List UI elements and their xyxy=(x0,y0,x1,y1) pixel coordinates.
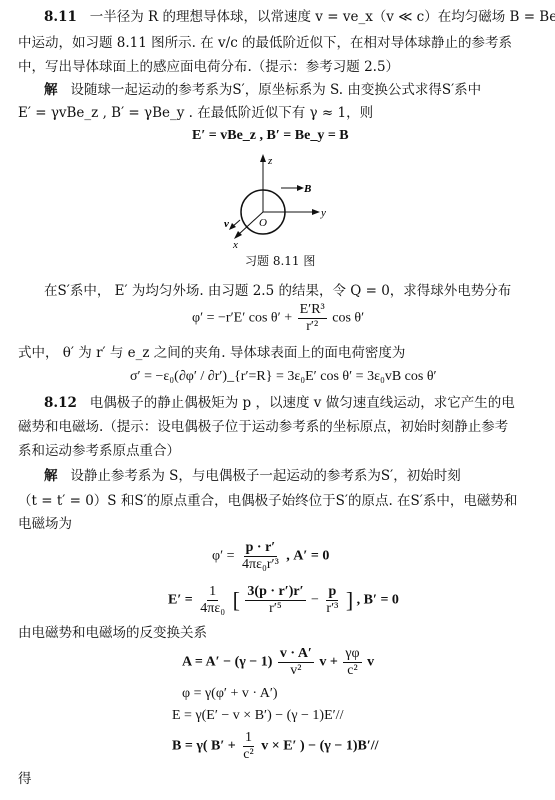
text-inverse-transform: 由电磁势和电磁场的反变换关系 xyxy=(18,624,553,642)
problem-8-12-line1: 8.12 电偶极子的静止偶极矩为 p ，以速度 v 做匀速直线运动，求它产生的电 xyxy=(44,394,555,412)
eq-part: v × E′ xyxy=(261,739,296,754)
fraction: v · A′v² xyxy=(278,646,314,679)
bracket-open: [ xyxy=(233,588,240,613)
equation-dipole-potential: φ′ = p · r′4πε₀r′³ , A′ = 0 xyxy=(212,540,329,573)
solution-8-11-line2: E′ = γvBe_z , B′ = γBe_y . 在最低阶近似下有 γ ≈ … xyxy=(18,104,553,122)
eq-part: A = A′ − (γ − 1) xyxy=(182,655,272,670)
solution-8-12-line2: （t = t′ = 0）S 和S′的原点重合，电偶极子始终位于S′的原点. 在S… xyxy=(18,492,553,510)
problem-statement: 电偶极子的静止偶极矩为 p ，以速度 v 做匀速直线运动，求它产生的电 xyxy=(90,395,515,411)
numerator: p · r′ xyxy=(244,540,278,557)
problem-8-11-line1: 8.11 一半径为 R 的理想导体球，以常速度 v = ve_x（v ≪ c）在… xyxy=(44,8,555,26)
denominator: 4πε₀r′³ xyxy=(240,557,281,573)
eq-part: v + xyxy=(319,655,337,670)
equation-scalar-potential: φ = γ(φ′ + v · A′) xyxy=(182,686,278,702)
problem-number: 8.11 xyxy=(44,9,77,25)
numerator: 1 xyxy=(243,730,254,747)
figure-8-11: z y x O B v xyxy=(180,150,380,250)
solution-label: 解 xyxy=(44,82,58,98)
axis-label-x: x xyxy=(232,239,238,250)
numerator: v · A′ xyxy=(278,646,314,663)
denominator: c² xyxy=(241,747,255,763)
solution-text: 设随球一起运动的参考系为S′，原坐标系为 S. 由变换公式求得S′系中 xyxy=(70,82,481,98)
axis-label-z: z xyxy=(267,155,273,167)
denominator: 4πε₀ xyxy=(198,601,227,617)
equation-potential-outside: φ′ = −r′E′ cos θ′ + E′R³r′² cos θ′ xyxy=(192,302,364,335)
eq-part: ) − (γ − 1)B′// xyxy=(300,739,379,754)
fraction: pr′³ xyxy=(324,584,340,617)
axis-label-y: y xyxy=(320,207,326,219)
denominator: r′⁵ xyxy=(267,601,284,617)
problem-8-12-line2: 磁势和电磁场.（提示：设电偶极子位于运动参考系的坐标原点，初始时刻静止参考 xyxy=(18,418,553,436)
field-label-b: B xyxy=(303,183,311,195)
bracket-close: ] xyxy=(346,588,353,613)
eq-part: B = γ( xyxy=(172,739,208,754)
eq-part: v xyxy=(367,655,374,670)
eq-part: φ′ = −r′E′ cos θ′ + xyxy=(192,311,292,326)
fraction: 1c² xyxy=(241,730,255,763)
fraction: E′R³r′² xyxy=(298,302,327,335)
numerator: γφ xyxy=(343,646,361,663)
solution-8-12-line3: 电磁场为 xyxy=(18,515,553,533)
problem-number: 8.12 xyxy=(44,395,77,411)
denominator: r′² xyxy=(304,319,320,335)
solution-8-11-line1: 解 设随球一起运动的参考系为S′，原坐标系为 S. 由变换公式求得S′系中 xyxy=(44,81,555,99)
fraction: 14πε₀ xyxy=(198,584,227,617)
velocity-label-v: v xyxy=(224,218,229,230)
text-angle-definition: 式中， θ′ 为 r′ 与 e_z 之间的夹角. 导体球表面上的面电荷密度为 xyxy=(18,344,553,362)
solution-text: 设静止参考系为 S，与电偶极子一起运动的参考系为S′，初始时刻 xyxy=(70,468,460,484)
eq-part: cos θ′ xyxy=(332,311,364,326)
text-after-figure: 在S′系中， E′ 为均匀外场. 由习题 2.5 的结果，令 Q = 0，求得球… xyxy=(44,282,555,300)
denominator: c² xyxy=(345,663,359,679)
solution-label: 解 xyxy=(44,468,58,484)
fraction: γφc² xyxy=(343,646,361,679)
fraction: p · r′4πε₀r′³ xyxy=(240,540,281,573)
numerator: E′R³ xyxy=(298,302,327,319)
problem-statement: 一半径为 R 的理想导体球，以常速度 v = ve_x（v ≪ c）在均匀磁场 … xyxy=(90,9,555,25)
equation-electric-field: E = γ(E′ − v × B′) − (γ − 1)E′// xyxy=(172,708,343,724)
equation-dipole-field: E′ = 14πε₀ [ 3(p · r′)r′r′⁵ − pr′³ ] , B… xyxy=(168,584,399,617)
origin-label: O xyxy=(259,217,267,229)
equation-magnetic-field: B = γ( B′ + 1c² v × E′ ) − (γ − 1)B′// xyxy=(172,730,379,763)
eq-part: , B′ = 0 xyxy=(357,593,399,608)
problem-8-11-line3: 中，写出导体球面上的感应面电荷分布.（提示：参考习题 2.5） xyxy=(18,58,553,76)
figure-caption: 习题 8.11 图 xyxy=(245,252,315,269)
denominator: v² xyxy=(288,663,303,679)
numerator: p xyxy=(326,584,338,601)
numerator: 1 xyxy=(207,584,218,601)
fraction: 3(p · r′)r′r′⁵ xyxy=(245,584,305,617)
numerator: 3(p · r′)r′ xyxy=(245,584,305,601)
text-final: 得 xyxy=(18,770,553,788)
eq-part: E′ = xyxy=(168,593,193,608)
eq-part: , A′ = 0 xyxy=(286,549,329,564)
minus: − xyxy=(311,593,319,608)
solution-8-12-line1: 解 设静止参考系为 S，与电偶极子一起运动的参考系为S′，初始时刻 xyxy=(44,467,555,485)
equation-surface-charge: σ′ = −ε₀(∂φ′ / ∂r′)_{r′=R} = 3ε₀E′ cos θ… xyxy=(130,369,437,385)
problem-8-12-line3: 系和运动参考系原点重合） xyxy=(18,442,553,460)
equation-e-b-prime: E′ = vBe_z , B′ = Be_y = B xyxy=(192,128,349,144)
denominator: r′³ xyxy=(324,601,340,617)
eq-part: φ′ = xyxy=(212,549,235,564)
equation-vector-potential: A = A′ − (γ − 1) v · A′v² v + γφc² v xyxy=(182,646,374,679)
problem-8-11-line2: 中运动，如习题 8.11 图所示. 在 v/c 的最低阶近似下，在相对导体球静止… xyxy=(18,34,553,52)
eq-part: B′ + xyxy=(211,739,236,754)
